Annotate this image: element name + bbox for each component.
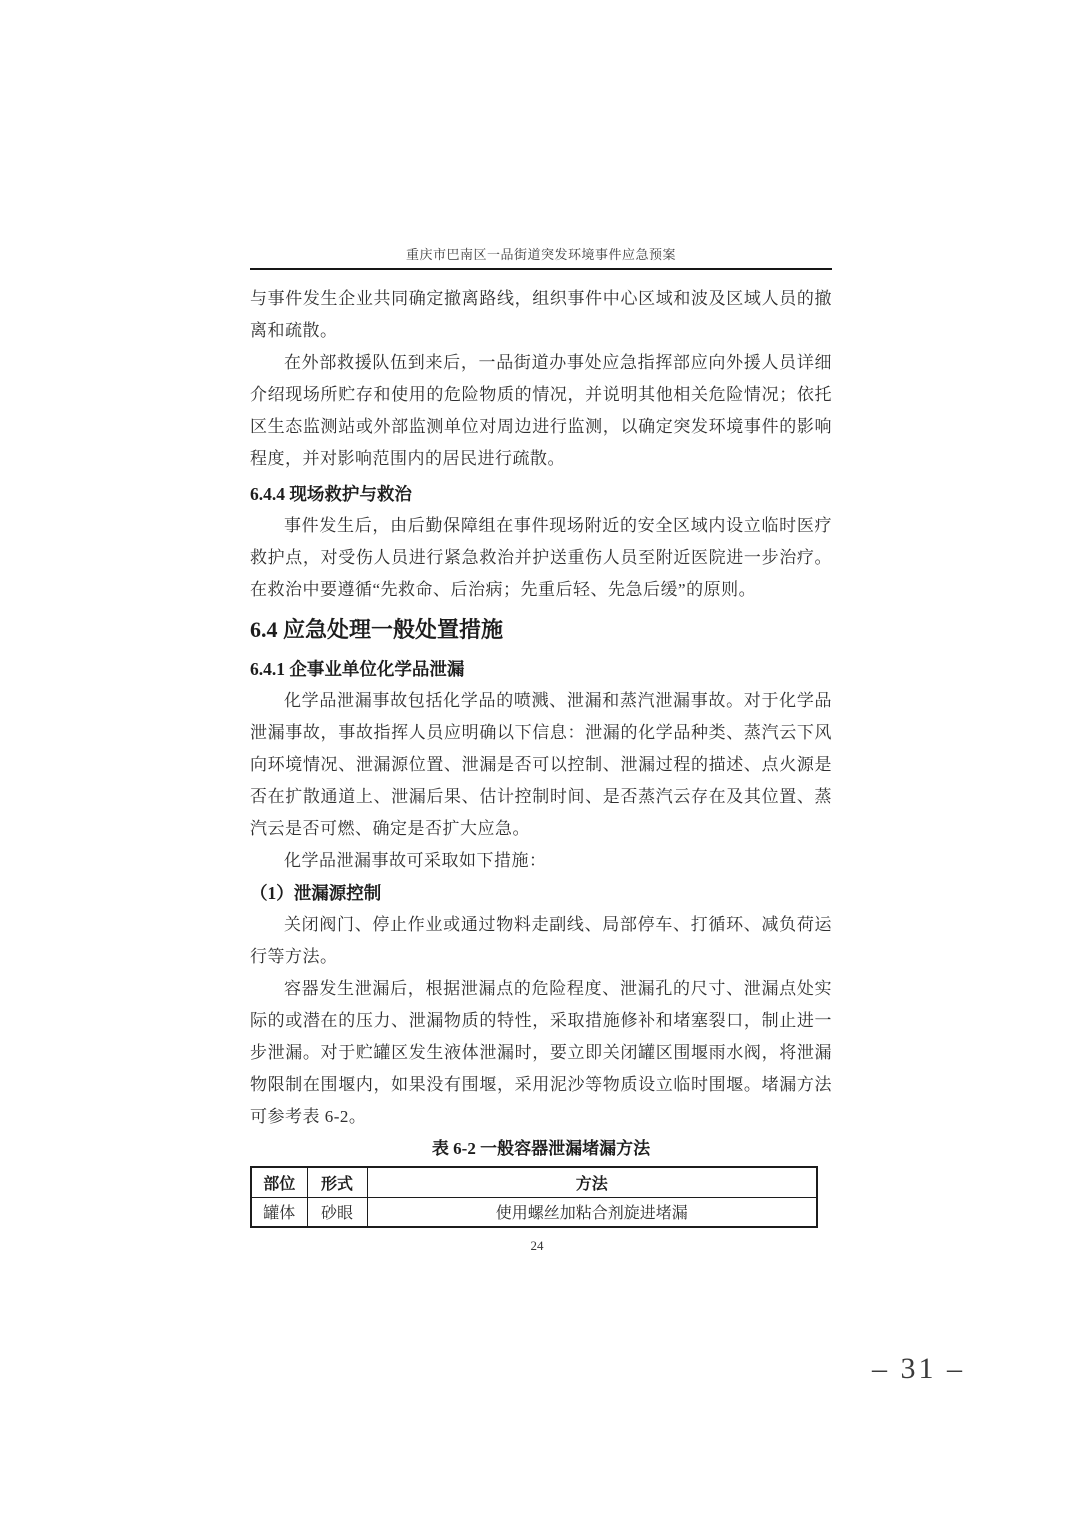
heading-6-4: 6.4 应急处理一般处置措施 <box>250 613 832 647</box>
paragraph-medical-rescue: 事件发生后，由后勤保障组在事件现场附近的安全区域内设立临时医疗救护点，对受伤人员… <box>250 510 832 606</box>
page-content: 重庆市巴南区一品街道突发环境事件应急预案 与事件发生企业共同确定撤离路线，组织事… <box>250 244 832 1228</box>
header-title: 重庆市巴南区一品街道突发环境事件应急预案 <box>406 247 676 262</box>
table-row: 罐体 砂眼 使用螺丝加粘合剂旋进堵漏 <box>251 1197 817 1227</box>
heading-leak-source-control: （1）泄漏源控制 <box>250 877 832 909</box>
paragraph-shutdown-methods: 关闭阀门、停止作业或通过物料走副线、局部停车、打循环、减负荷运行等方法。 <box>250 909 832 973</box>
document-page: 重庆市巴南区一品街道突发环境事件应急预案 与事件发生企业共同确定撤离路线，组织事… <box>0 0 1074 1520</box>
paragraph-container-leak: 容器发生泄漏后，根据泄漏点的危险程度、泄漏孔的尺寸、泄漏点处实际的或潜在的压力、… <box>250 973 832 1133</box>
paragraph-measures-intro: 化学品泄漏事故可采取如下措施： <box>250 845 832 877</box>
heading-6-4-4: 6.4.4 现场救护与救治 <box>250 478 832 510</box>
table-cell-method: 使用螺丝加粘合剂旋进堵漏 <box>367 1197 817 1227</box>
table-title: 表 6-2 一般容器泄漏堵漏方法 <box>250 1136 832 1162</box>
table-header-cell-form: 形式 <box>307 1167 367 1197</box>
leak-plugging-table: 部位 形式 方法 罐体 砂眼 使用螺丝加粘合剂旋进堵漏 <box>250 1166 818 1228</box>
table-cell-form: 砂眼 <box>307 1197 367 1227</box>
table-header-cell-part: 部位 <box>251 1167 307 1197</box>
footer-page-number: 24 <box>0 1238 1074 1254</box>
paragraph-external-rescue: 在外部救援队伍到来后，一品街道办事处应急指挥部应向外援人员详细介绍现场所贮存和使… <box>250 347 832 475</box>
page-header: 重庆市巴南区一品街道突发环境事件应急预案 <box>250 244 832 270</box>
paragraph-evacuation: 与事件发生企业共同确定撤离路线，组织事件中心区域和波及区域人员的撤离和疏散。 <box>250 283 832 347</box>
paragraph-chemical-leak-info: 化学品泄漏事故包括化学品的喷溅、泄漏和蒸汽泄漏事故。对于化学品泄漏事故，事故指挥… <box>250 685 832 845</box>
table-header-cell-method: 方法 <box>367 1167 817 1197</box>
table-header-row: 部位 形式 方法 <box>251 1167 817 1197</box>
table-cell-part: 罐体 <box>251 1197 307 1227</box>
corner-page-number: – 31 – <box>872 1352 965 1386</box>
heading-6-4-1: 6.4.1 企事业单位化学品泄漏 <box>250 653 832 685</box>
